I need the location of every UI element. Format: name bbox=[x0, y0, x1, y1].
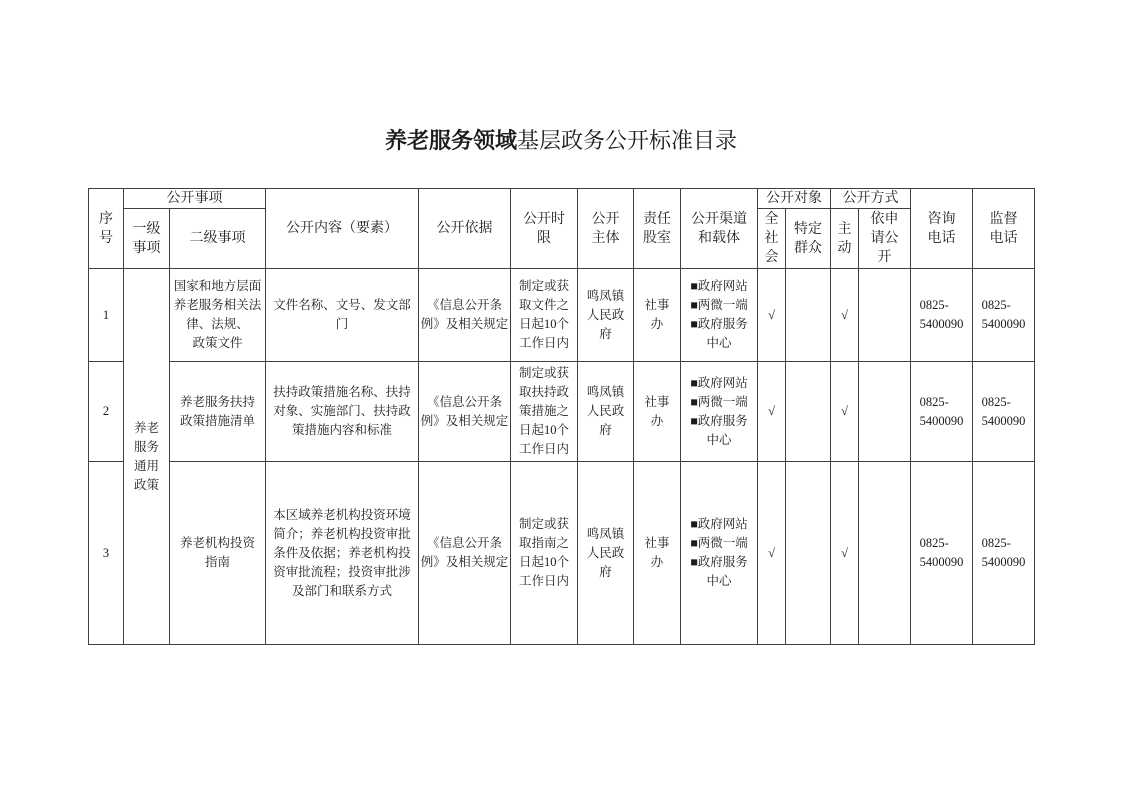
cell-upon-request-check bbox=[859, 362, 911, 462]
cell-content: 本区域养老机构投资环境 简介；养老机构投资审批 条件及依据；养老机构投 资审批流… bbox=[266, 462, 419, 645]
cell-level2-item: 国家和地方层面 养老服务相关法 律、法规、 政策文件 bbox=[170, 269, 266, 362]
cell-channels: ■政府网站 ■两微一端 ■政府服务 中心 bbox=[681, 269, 758, 362]
cell-channels: ■政府网站 ■两微一端 ■政府服务 中心 bbox=[681, 462, 758, 645]
cell-basis: 《信息公开条 例》及相关规定 bbox=[419, 462, 511, 645]
disclosure-standards-table: 序 号 公开事项 公开内容（要素） 公开依据 公开时 限 公开 主体 责任 股室… bbox=[88, 188, 1035, 645]
title-rest-segment: 基层政务公开标准目录 bbox=[517, 128, 737, 153]
cell-dept: 社事 办 bbox=[634, 362, 681, 462]
header-level1-item: 一级 事项 bbox=[124, 209, 170, 269]
header-channels: 公开渠道 和载体 bbox=[681, 189, 758, 269]
header-level2-item: 二级事项 bbox=[170, 209, 266, 269]
cell-whole-society-check: √ bbox=[758, 462, 786, 645]
page-title: 养老服务领域基层政务公开标准目录 bbox=[0, 127, 1122, 155]
header-proactive: 主 动 bbox=[831, 209, 859, 269]
consult-phone-number: 0825- 5400090 bbox=[920, 534, 964, 572]
cell-consult-phone: 0825- 5400090 bbox=[911, 362, 973, 462]
cell-level1-item-merged: 养老 服务 通用 政策 bbox=[124, 269, 170, 645]
cell-proactive-check: √ bbox=[831, 269, 859, 362]
cell-serial: 2 bbox=[89, 362, 124, 462]
supervise-phone-number: 0825- 5400090 bbox=[982, 296, 1026, 334]
header-subject: 公开 主体 bbox=[578, 189, 634, 269]
cell-time-limit: 制定或获 取扶持政 策措施之 日起10个 工作日内 bbox=[511, 362, 578, 462]
cell-subject: 鸣凤镇 人民政 府 bbox=[578, 269, 634, 362]
header-method: 公开方式 bbox=[831, 189, 911, 209]
cell-dept: 社事 办 bbox=[634, 462, 681, 645]
cell-subject: 鸣凤镇 人民政 府 bbox=[578, 362, 634, 462]
header-whole-society: 全 社 会 bbox=[758, 209, 786, 269]
title-bold-segment: 养老服务领域 bbox=[385, 128, 517, 153]
cell-level2-item: 养老机构投资 指南 bbox=[170, 462, 266, 645]
cell-specific-groups-check bbox=[786, 362, 831, 462]
cell-consult-phone: 0825- 5400090 bbox=[911, 269, 973, 362]
supervise-phone-number: 0825- 5400090 bbox=[982, 534, 1026, 572]
supervise-phone-number: 0825- 5400090 bbox=[982, 393, 1026, 431]
cell-proactive-check: √ bbox=[831, 462, 859, 645]
cell-subject: 鸣凤镇 人民政 府 bbox=[578, 462, 634, 645]
cell-specific-groups-check bbox=[786, 462, 831, 645]
cell-supervise-phone: 0825- 5400090 bbox=[973, 269, 1035, 362]
cell-basis: 《信息公开条 例》及相关规定 bbox=[419, 362, 511, 462]
cell-upon-request-check bbox=[859, 462, 911, 645]
cell-supervise-phone: 0825- 5400090 bbox=[973, 362, 1035, 462]
cell-time-limit: 制定或获 取指南之 日起10个 工作日内 bbox=[511, 462, 578, 645]
document-page: 养老服务领域基层政务公开标准目录 序 号 公开事项 公开内容（要素） 公开依据 … bbox=[0, 0, 1122, 793]
table-row: 3 养老机构投资 指南 本区域养老机构投资环境 简介；养老机构投资审批 条件及依… bbox=[89, 462, 1035, 645]
cell-time-limit: 制定或获 取文件之 日起10个 工作日内 bbox=[511, 269, 578, 362]
header-content: 公开内容（要素） bbox=[266, 189, 419, 269]
consult-phone-number: 0825- 5400090 bbox=[920, 296, 964, 334]
cell-level2-item: 养老服务扶持 政策措施清单 bbox=[170, 362, 266, 462]
table-row: 2 养老服务扶持 政策措施清单 扶持政策措施名称、扶持 对象、实施部门、扶持政 … bbox=[89, 362, 1035, 462]
cell-whole-society-check: √ bbox=[758, 269, 786, 362]
header-responsible-dept: 责任 股室 bbox=[634, 189, 681, 269]
header-disclosure-items: 公开事项 bbox=[124, 189, 266, 209]
cell-consult-phone: 0825- 5400090 bbox=[911, 462, 973, 645]
cell-serial: 3 bbox=[89, 462, 124, 645]
cell-whole-society-check: √ bbox=[758, 362, 786, 462]
header-basis: 公开依据 bbox=[419, 189, 511, 269]
table-row: 1 养老 服务 通用 政策 国家和地方层面 养老服务相关法 律、法规、 政策文件… bbox=[89, 269, 1035, 362]
cell-content: 扶持政策措施名称、扶持 对象、实施部门、扶持政 策措施内容和标准 bbox=[266, 362, 419, 462]
cell-channels: ■政府网站 ■两微一端 ■政府服务 中心 bbox=[681, 362, 758, 462]
cell-content: 文件名称、文号、发文部 门 bbox=[266, 269, 419, 362]
header-audience: 公开对象 bbox=[758, 189, 831, 209]
cell-proactive-check: √ bbox=[831, 362, 859, 462]
cell-upon-request-check bbox=[859, 269, 911, 362]
cell-supervise-phone: 0825- 5400090 bbox=[973, 462, 1035, 645]
consult-phone-number: 0825- 5400090 bbox=[920, 393, 964, 431]
header-serial: 序 号 bbox=[89, 189, 124, 269]
cell-dept: 社事 办 bbox=[634, 269, 681, 362]
cell-serial: 1 bbox=[89, 269, 124, 362]
header-time-limit: 公开时 限 bbox=[511, 189, 578, 269]
cell-basis: 《信息公开条 例》及相关规定 bbox=[419, 269, 511, 362]
header-consult-phone: 咨询 电话 bbox=[911, 189, 973, 269]
header-specific-groups: 特定 群众 bbox=[786, 209, 831, 269]
header-supervise-phone: 监督 电话 bbox=[973, 189, 1035, 269]
cell-specific-groups-check bbox=[786, 269, 831, 362]
header-upon-request: 依申 请公 开 bbox=[859, 209, 911, 269]
